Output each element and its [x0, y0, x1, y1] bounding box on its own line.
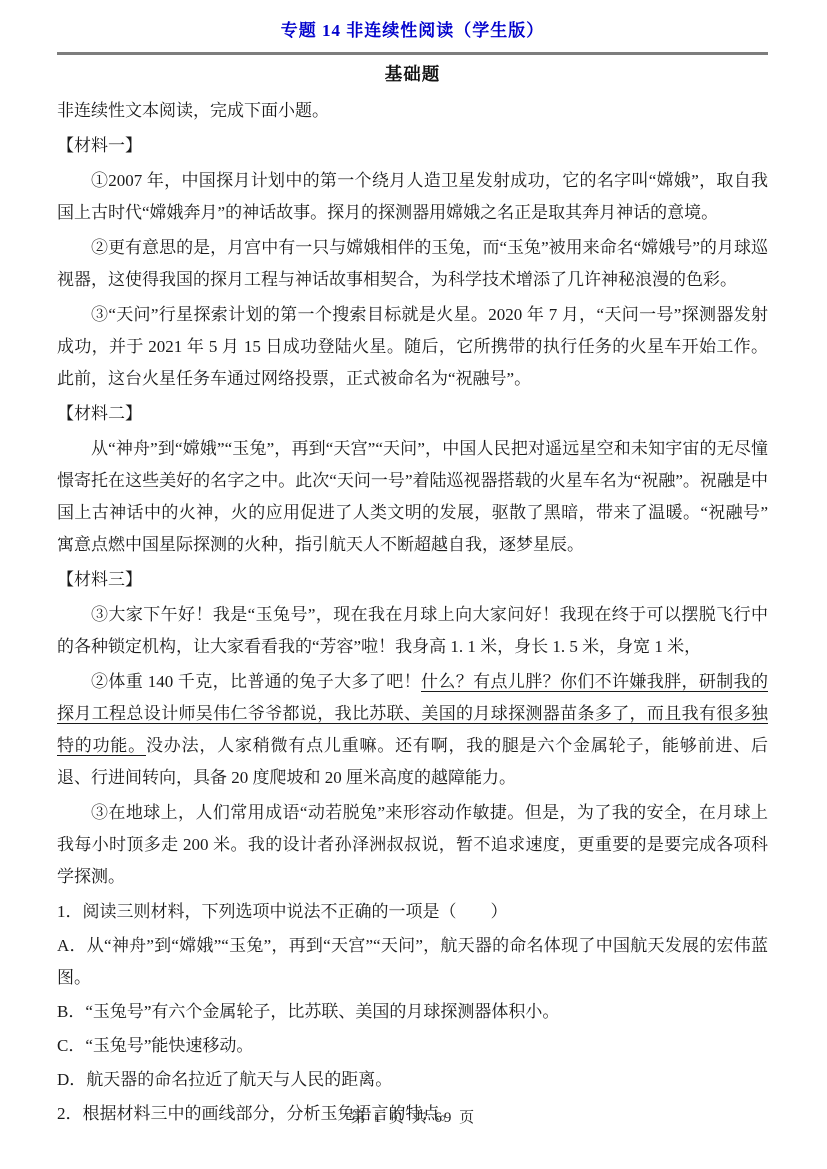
material-two-paragraph-1: 从“神舟”到“嫦娥”“玉兔”，再到“天宫”“天问”，中国人民把对遥远星空和未知宇…	[57, 433, 768, 561]
paragraph-text-before-underline: ②体重 140 千克，比普通的兔子大多了吧！	[91, 672, 421, 691]
page-title: 专题 14 非连续性阅读（学生版）	[57, 16, 768, 41]
material-one-label: 【材料一】	[57, 130, 768, 162]
material-one-paragraph-2: ②更有意思的是，月宫中有一只与嫦娥相伴的玉兔，而“玉兔”被用来命名“嫦娥号”的月…	[57, 232, 768, 296]
intro-text: 非连续性文本阅读，完成下面小题。	[57, 95, 768, 127]
material-one-paragraph-3: ③“天问”行星探索计划的第一个搜索目标就是火星。2020 年 7 月，“天问一号…	[57, 299, 768, 395]
page-footer: 第 1 页 共 69 页	[0, 1106, 827, 1127]
question-1-option-b: B．“玉兔号”有六个金属轮子，比苏联、美国的月球探测器体积小。	[57, 996, 768, 1028]
material-three-label: 【材料三】	[57, 564, 768, 596]
material-three-paragraph-2: ②体重 140 千克，比普通的兔子大多了吧！什么？有点儿胖？你们不许嫌我胖，研制…	[57, 666, 768, 794]
material-three-paragraph-1: ③大家下午好！我是“玉兔号”，现在我在月球上向大家问好！我现在终于可以摆脱飞行中…	[57, 599, 768, 663]
material-three-paragraph-3: ③在地球上，人们常用成语“动若脱兔”来形容动作敏捷。但是，为了我的安全，在月球上…	[57, 797, 768, 893]
document-page: 专题 14 非连续性阅读（学生版） 基础题 非连续性文本阅读，完成下面小题。 【…	[0, 0, 827, 1169]
question-1-option-a: A．从“神舟”到“嫦娥”“玉兔”，再到“天宫”“天问”，航天器的命名体现了中国航…	[57, 930, 768, 994]
section-heading: 基础题	[57, 61, 768, 86]
question-1-option-c: C．“玉兔号”能快速移动。	[57, 1030, 768, 1062]
material-one-paragraph-1: ①2007 年，中国探月计划中的第一个绕月人造卫星发射成功，它的名字叫“嫦娥”，…	[57, 165, 768, 229]
paragraph-text-after-underline: 没办法，人家稍微有点儿重嘛。还有啊，我的腿是六个金属轮子，能够前进、后退、行进间…	[57, 736, 768, 787]
question-1: 1．阅读三则材料，下列选项中说法不正确的一项是（ ）	[57, 896, 768, 928]
material-two-label: 【材料二】	[57, 398, 768, 430]
header-divider	[57, 52, 768, 55]
question-1-option-d: D．航天器的命名拉近了航天与人民的距离。	[57, 1064, 768, 1096]
page-number: 第 1 页 共 69 页	[351, 1110, 476, 1126]
